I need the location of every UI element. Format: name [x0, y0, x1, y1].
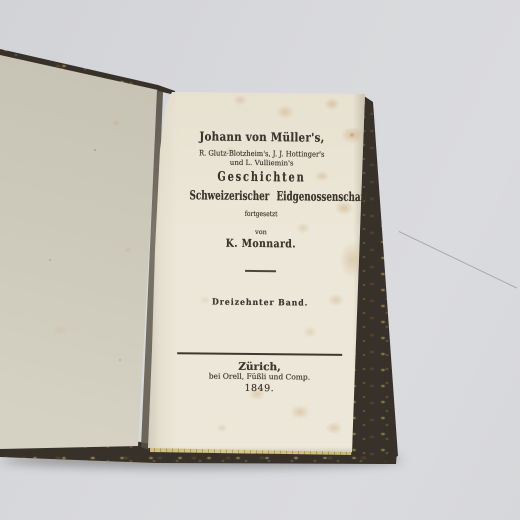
divider-long — [177, 352, 342, 356]
continuator-name: K. Monnard. — [174, 236, 348, 251]
author-line-3: und L. Vulliemin's — [159, 158, 364, 168]
series-subtitle: Schweizerischer Eidgenossenschaft, — [190, 187, 334, 204]
author-line-2: R. Glutz-Blotzheim's, J. J. Hottinger's — [169, 148, 354, 159]
photo-scene: Johann von Müller's, R. Glutz-Blotzheim'… — [0, 0, 520, 520]
continued-label: fortgesetzt — [174, 209, 348, 219]
left-blank-page — [0, 53, 160, 453]
volume-label: Dreizehnter Band. — [166, 297, 355, 309]
imprint-year: 1849. — [157, 382, 362, 395]
author-line-1: Johann von Müller's, — [174, 129, 350, 145]
surface-scratch — [399, 231, 518, 289]
title-page-text: Johann von Müller's, R. Glutz-Blotzheim'… — [157, 85, 365, 407]
imprint-publisher: bei Orell, Füßli und Comp. — [157, 371, 362, 382]
series-title: Geschichten — [185, 169, 339, 186]
divider-short — [245, 270, 276, 272]
